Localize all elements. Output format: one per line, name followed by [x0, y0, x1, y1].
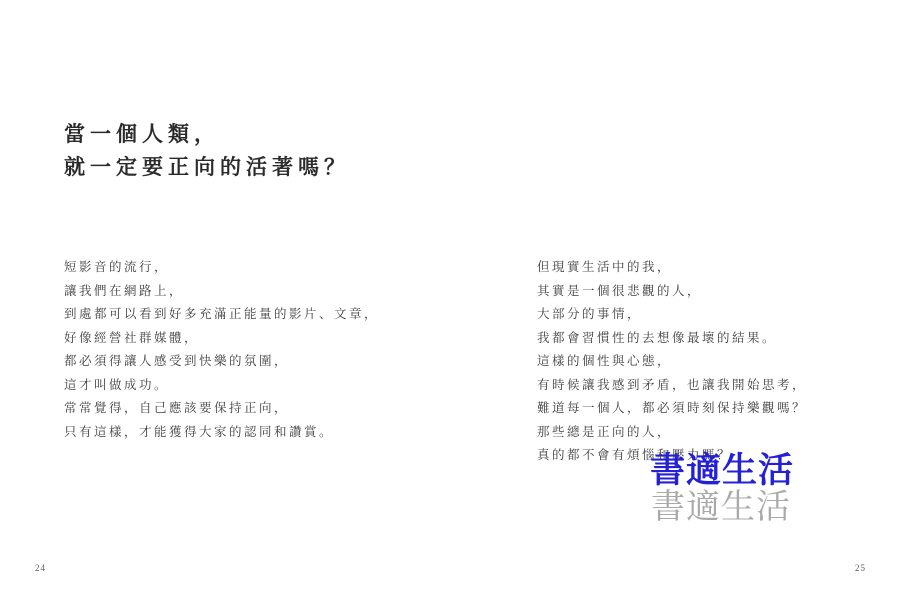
book-spread: 當一個人類， 就一定要正向的活著嗎？ 短影音的流行， 讓我們在網路上， 到處都可…	[0, 0, 902, 610]
text-line: 難道每一個人，都必須時刻保持樂觀嗎？	[537, 397, 807, 421]
text-line: 讓我們在網路上，	[64, 280, 379, 304]
page-number-right: 25	[855, 563, 866, 573]
text-line: 只有這樣，才能獲得大家的認同和讚賞。	[64, 421, 379, 445]
chapter-title-line-1: 當一個人類，	[64, 118, 350, 151]
left-page-text: 短影音的流行， 讓我們在網路上， 到處都可以看到好多充滿正能量的影片、文章， 好…	[64, 256, 379, 444]
text-line: 我都會習慣性的去想像最壞的結果。	[537, 327, 807, 351]
text-line: 都必須得讓人感受到快樂的氛圍，	[64, 350, 379, 374]
watermark-gray: 書適生活	[651, 489, 791, 526]
page-number-left: 24	[35, 563, 46, 573]
text-line: 大部分的事情，	[537, 303, 807, 327]
text-line: 這樣的個性與心態，	[537, 350, 807, 374]
chapter-title-line-2: 就一定要正向的活著嗎？	[64, 151, 350, 184]
text-line: 到處都可以看到好多充滿正能量的影片、文章，	[64, 303, 379, 327]
watermark-blue: 書適生活	[650, 452, 794, 490]
text-line: 常常覺得，自己應該要保持正向，	[64, 397, 379, 421]
text-line: 有時候讓我感到矛盾，也讓我開始思考，	[537, 374, 807, 398]
text-line: 其實是一個很悲觀的人，	[537, 280, 807, 304]
chapter-title: 當一個人類， 就一定要正向的活著嗎？	[64, 118, 350, 184]
text-line: 這才叫做成功。	[64, 374, 379, 398]
text-line: 但現實生活中的我，	[537, 256, 807, 280]
text-line: 好像經營社群媒體，	[64, 327, 379, 351]
right-page-text: 但現實生活中的我， 其實是一個很悲觀的人， 大部分的事情， 我都會習慣性的去想像…	[537, 256, 807, 468]
text-line: 那些總是正向的人，	[537, 421, 807, 445]
text-line: 短影音的流行，	[64, 256, 379, 280]
